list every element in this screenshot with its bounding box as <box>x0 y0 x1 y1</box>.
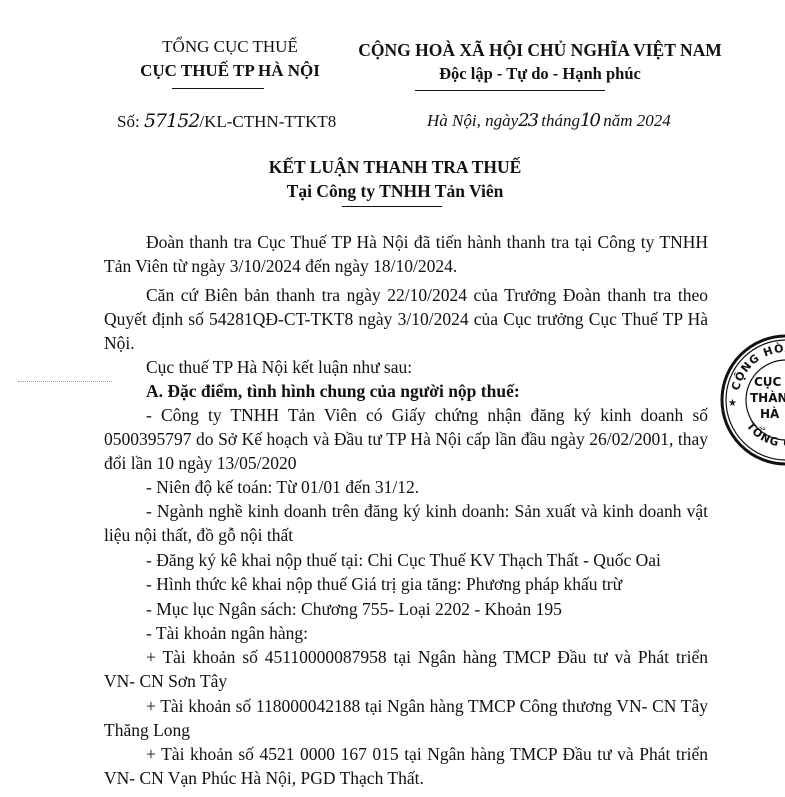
paragraph-basis: Căn cứ Biên bản thanh tra ngày 22/10/202… <box>104 283 708 356</box>
date-month-handwritten: 10 <box>580 110 599 131</box>
section-a-heading: A. Đặc điểm, tình hình chung của người n… <box>104 379 708 403</box>
seal-ring-bottom: TỔNG C <box>744 420 785 450</box>
item-budget-index: - Mục lục Ngân sách: Chương 755- Loại 22… <box>104 597 708 621</box>
item-bank-accounts-label: - Tài khoản ngân hàng: <box>104 621 708 645</box>
seal-star-icon: ★ <box>728 398 737 409</box>
agency-underline <box>172 88 264 89</box>
document-number: Số: 57152/KL-CTHN-TTKT8 <box>117 110 336 132</box>
title-underline <box>342 206 442 207</box>
agency-parent: TỔNG CỤC THUẾ <box>100 37 360 57</box>
nation-title: CỘNG HOÀ XÃ HỘI CHỦ NGHĨA VIỆT NAM <box>350 40 730 61</box>
item-fiscal-year: - Niên độ kế toán: Từ 01/01 đến 31/12. <box>104 475 708 499</box>
item-business-lines: - Ngành nghề kinh doanh trên đăng ký kin… <box>104 499 708 547</box>
paragraph-inspection-period: Đoàn thanh tra Cục Thuế TP Hà Nội đã tiế… <box>104 230 708 278</box>
document-date: Hà Nội, ngày23 tháng10 năm 2024 <box>427 110 671 131</box>
seal-center-line: HÀ <box>760 406 780 421</box>
date-day-handwritten: 23 <box>518 110 537 131</box>
document-title: KẾT LUẬN THANH TRA THUẾ <box>240 157 550 178</box>
official-seal-icon: CỘNG HÒA X TỔNG C ★ CỤC THÀN HÀ <box>716 330 785 470</box>
agency-name: CỤC THUẾ TP HÀ NỘI <box>100 61 360 81</box>
seal-center-line: CỤC <box>754 375 782 389</box>
date-month-label: tháng <box>537 111 580 130</box>
bank-account-item: + Tài khoản số 4521 0000 167 015 tại Ngâ… <box>104 742 708 790</box>
paragraph-conclusion-intro: Cục thuế TP Hà Nội kết luận như sau: <box>104 355 708 379</box>
item-tax-registration: - Đăng ký kê khai nộp thuế tại: Chi Cục … <box>104 548 708 572</box>
item-business-registration: - Công ty TNHH Tản Viên có Giấy chứng nh… <box>104 403 708 476</box>
date-place: Hà Nội, ngày <box>427 111 518 130</box>
date-year: năm 2024 <box>599 111 671 130</box>
seal-center-line: THÀN <box>750 390 785 405</box>
bank-account-item: + Tài khoản số 45110000087958 tại Ngân h… <box>104 645 708 693</box>
nation-motto: Độc lập - Tự do - Hạnh phúc <box>350 64 730 84</box>
motto-underline <box>415 90 605 91</box>
bank-account-item: + Tài khoản số 118000042188 tại Ngân hàn… <box>104 694 708 742</box>
item-vat-method: - Hình thức kê khai nộp thuế Giá trị gia… <box>104 572 708 596</box>
document-subtitle: Tại Công ty TNHH Tản Viên <box>240 181 550 202</box>
number-handwritten: 57152 <box>144 110 199 132</box>
margin-dotted-line <box>18 381 112 383</box>
number-suffix: /KL-CTHN-TTKT8 <box>199 112 336 131</box>
svg-text:TỔNG C: TỔNG C <box>744 420 785 450</box>
number-prefix: Số: <box>117 112 144 131</box>
